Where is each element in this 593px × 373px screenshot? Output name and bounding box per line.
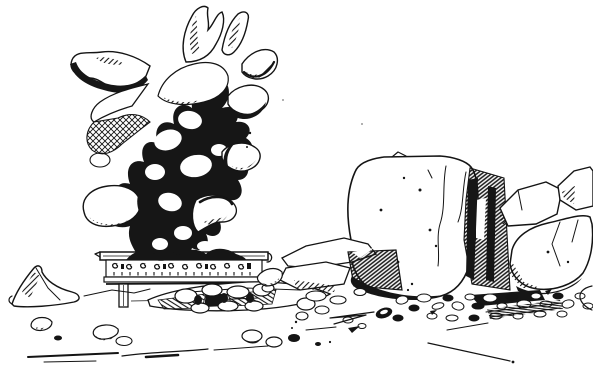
- sketch-canvas: [0, 0, 593, 373]
- ink-sketch: [0, 0, 593, 373]
- right-mid-lobe: [222, 142, 260, 171]
- crevice-columns: [464, 168, 510, 290]
